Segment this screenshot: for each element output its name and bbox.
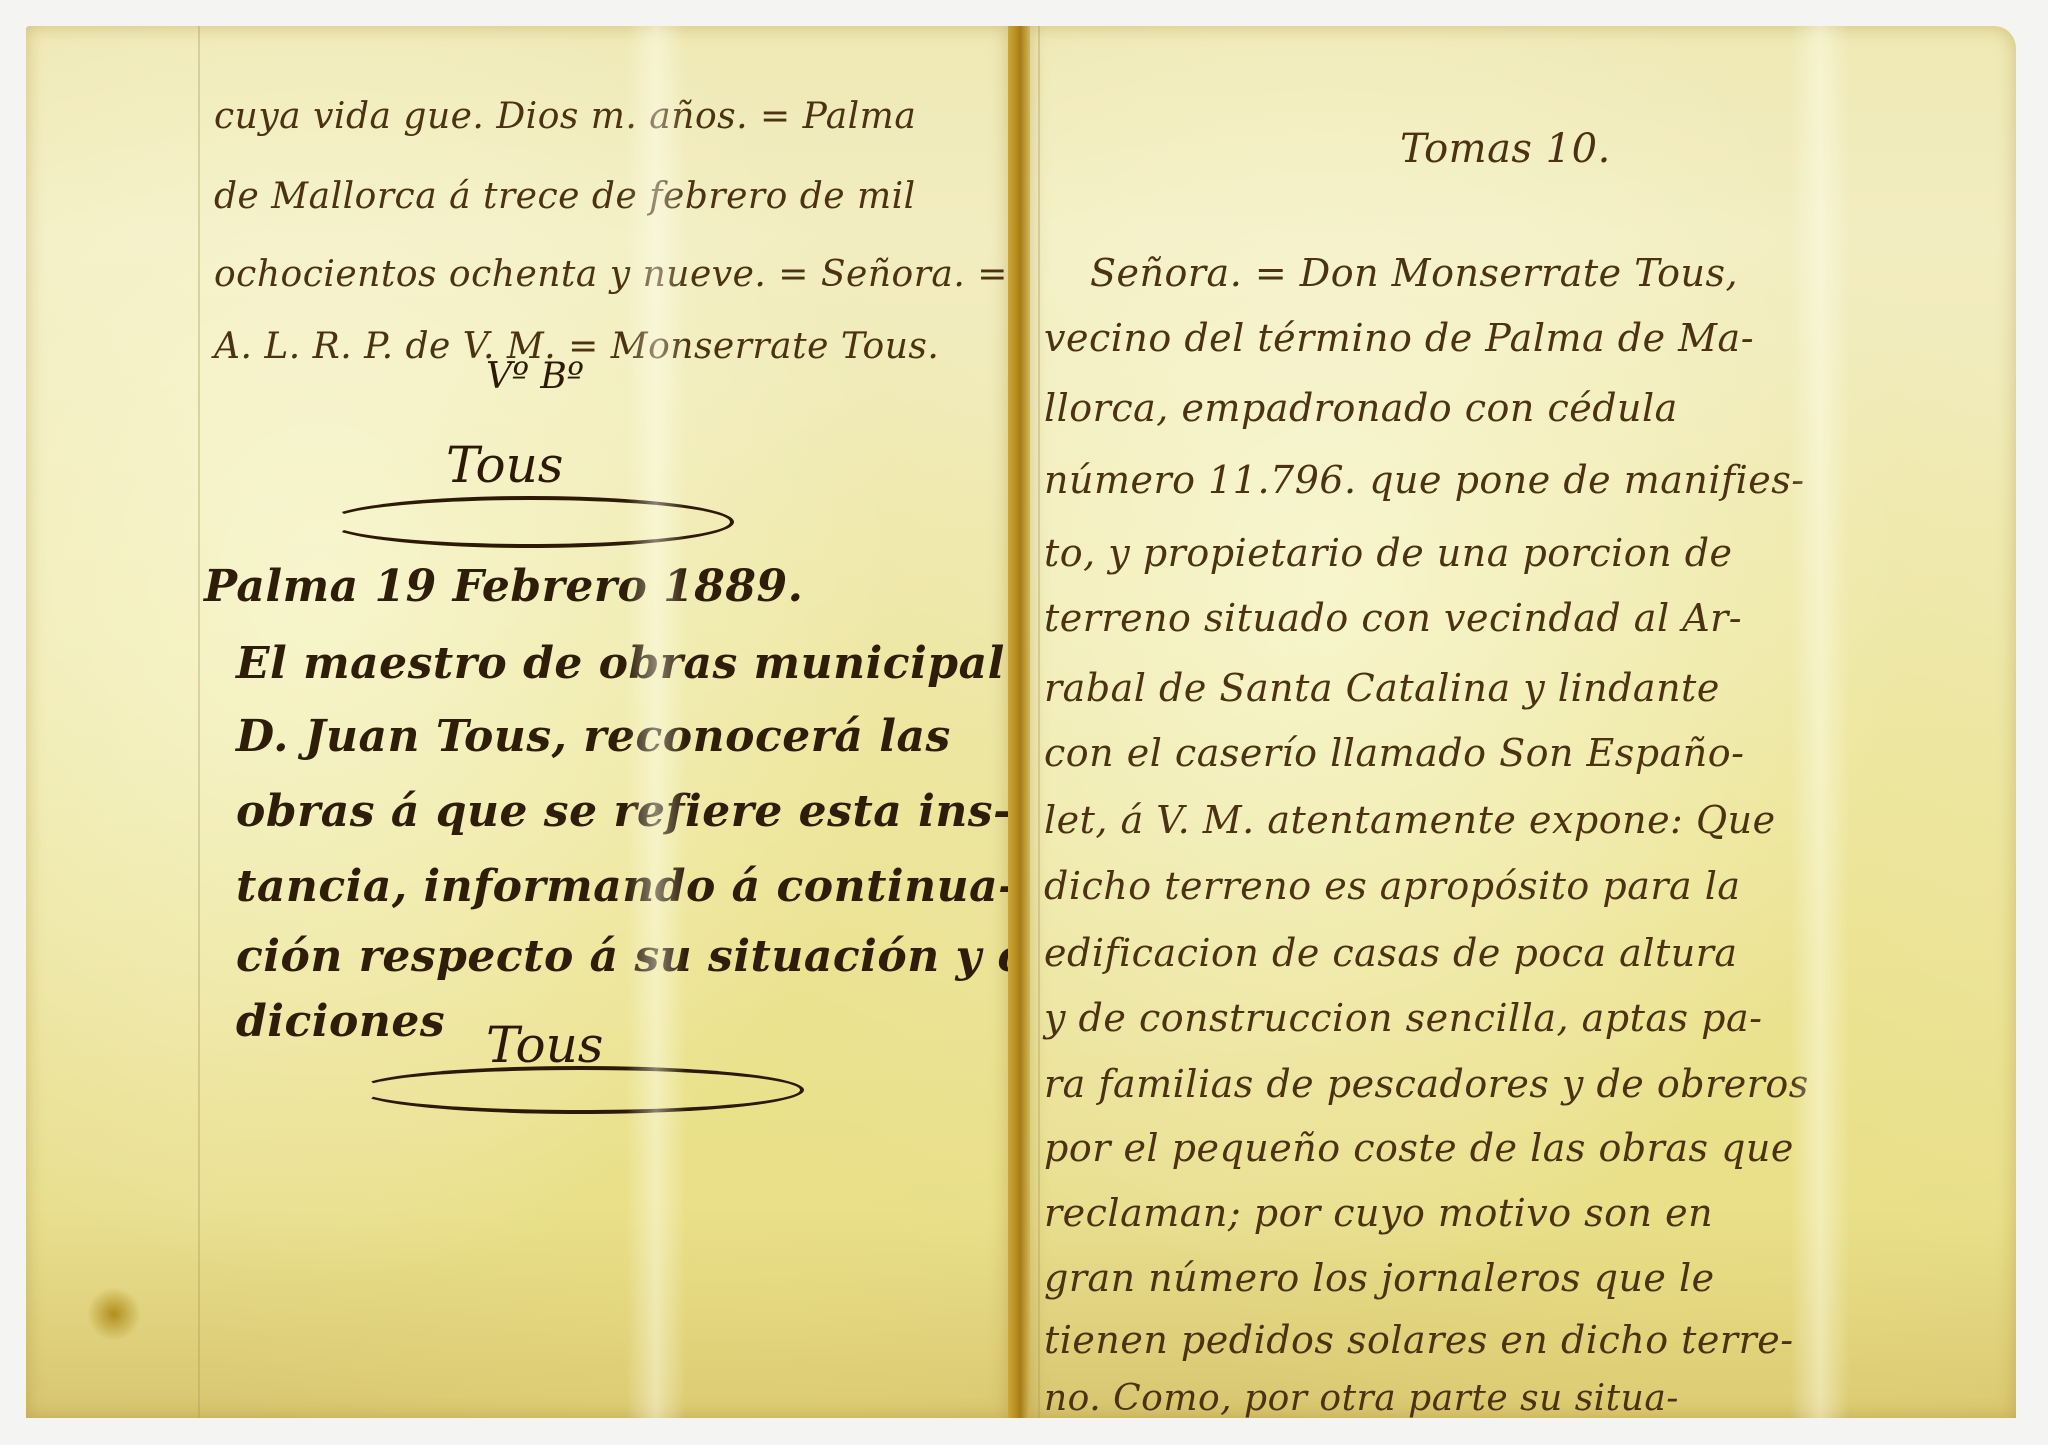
text-line: no. Como, por otra parte su situa- bbox=[1044, 1378, 1679, 1419]
text-line: ra familias de pescadores y de obreros bbox=[1044, 1062, 1809, 1106]
text-line: de Mallorca á trece de febrero de mil bbox=[214, 176, 916, 217]
text-line: to, y propietario de una porcion de bbox=[1044, 531, 1733, 575]
annotation-date: Palma 19 Febrero 1889. bbox=[204, 561, 803, 612]
ink-stain bbox=[86, 1288, 142, 1340]
text-line: rabal de Santa Catalina y lindante bbox=[1044, 666, 1720, 710]
annotation-line: tancia, informando á continua- bbox=[236, 861, 1017, 912]
text-line: vecino del término de Palma de Ma- bbox=[1044, 316, 1754, 360]
text-line: let, á V. M. atentamente expone: Que bbox=[1044, 798, 1776, 842]
text-line: dicho terreno es apropósito para la bbox=[1044, 864, 1741, 908]
text-line: por el pequeño coste de las obras que bbox=[1044, 1126, 1794, 1170]
text-line: llorca, empadronado con cédula bbox=[1044, 386, 1678, 430]
text-line: reclaman; por cuyo motivo son en bbox=[1044, 1191, 1713, 1235]
right-page: Tomas 10. Señora. = Don Monserrate Tous,… bbox=[1030, 26, 2016, 1418]
text-line: terreno situado con vecindad al Ar- bbox=[1044, 596, 1742, 640]
text-line: con el caserío llamado Son Españo- bbox=[1044, 731, 1744, 775]
left-page: cuya vida gue. Dios m. años. = Palma de … bbox=[26, 26, 1008, 1418]
text-line: cuya vida gue. Dios m. años. = Palma bbox=[214, 96, 916, 137]
text-line: y de construccion sencilla, aptas pa- bbox=[1044, 996, 1762, 1040]
text-line: gran número los jornaleros que le bbox=[1044, 1256, 1715, 1300]
manuscript-sheet: cuya vida gue. Dios m. años. = Palma de … bbox=[26, 26, 2016, 1418]
annotation-line: D. Juan Tous, reconocerá las bbox=[236, 711, 951, 762]
annotation-line: ción respecto á su situación y con- bbox=[236, 931, 1106, 982]
annotation-line: obras á que se refiere esta ins- bbox=[236, 786, 1012, 837]
text-line: ochocientos ochenta y nueve. = Señora. = bbox=[214, 254, 1008, 295]
text-line: tienen pedidos solares en dicho terre- bbox=[1044, 1318, 1794, 1362]
text-line: número 11.796. que pone de manifies- bbox=[1044, 458, 1805, 502]
signature-flourish bbox=[356, 1066, 804, 1114]
page-heading: Tomas 10. bbox=[1400, 126, 1611, 172]
text-line: edificacion de casas de poca altura bbox=[1044, 931, 1738, 975]
approval-mark: Vº Bº bbox=[486, 356, 584, 397]
signature: Tous bbox=[446, 436, 563, 494]
annotation-line: diciones bbox=[236, 996, 445, 1047]
text-line: Señora. = Don Monserrate Tous, bbox=[1090, 251, 1738, 295]
center-fold bbox=[1008, 26, 1030, 1418]
annotation-line: El maestro de obras municipal bbox=[236, 638, 1005, 689]
signature-flourish bbox=[326, 496, 734, 548]
